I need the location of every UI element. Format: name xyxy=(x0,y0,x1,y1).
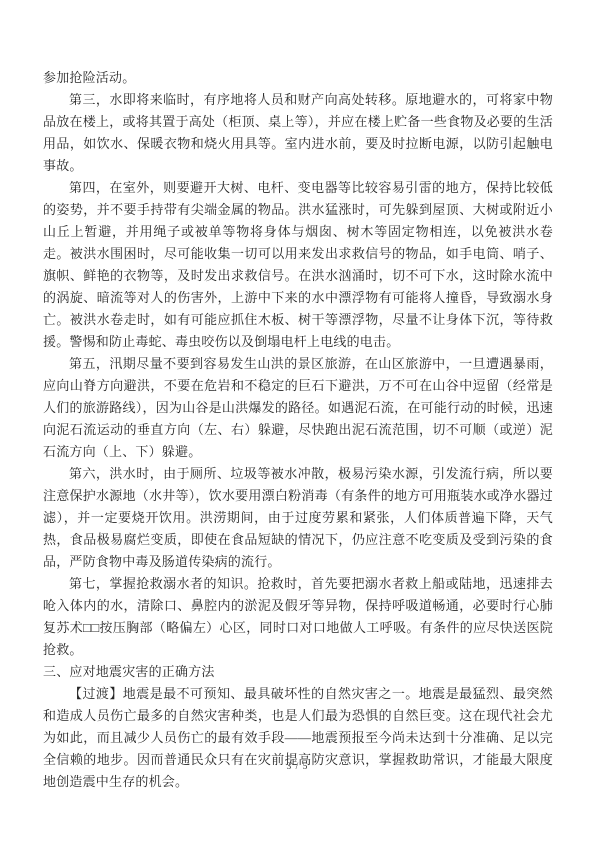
paragraph-point-six: 第六，洪水时，由于厕所、垃圾等被水冲散，极易污染水源，引发流行病，所以要注意保护… xyxy=(43,463,553,573)
paragraph-point-seven: 第七，掌握抢救溺水者的知识。抢救时，首先要把溺水者救上船或陆地，迅速排去呛入体内… xyxy=(43,573,553,661)
document-page: 参加抢险活动。 第三，水即将来临时，有序地将人员和财产向高处转移。原地避水的，可… xyxy=(0,0,595,841)
paragraph-point-four: 第四，在室外，则要避开大树、电杆、变电器等比较容易引雷的地方，保持比较低的姿势，… xyxy=(43,177,553,353)
document-body: 参加抢险活动。 第三，水即将来临时，有序地将人员和财产向高处转移。原地避水的，可… xyxy=(43,67,553,793)
paragraph-continuation: 参加抢险活动。 xyxy=(43,67,553,89)
section-heading: 三、应对地震灾害的正确方法 xyxy=(43,661,553,683)
paragraph-point-five: 第五，汛期尽量不要到容易发生山洪的景区旅游，在山区旅游中，一旦遭遇暴雨，应向山脊… xyxy=(43,353,553,463)
paragraph-point-three: 第三，水即将来临时，有序地将人员和财产向高处转移。原地避水的，可将家中物品放在楼… xyxy=(43,89,553,177)
paragraph-transition: 【过渡】地震是最不可预知、最具破坏性的自然灾害之一。地震是最猛烈、最突然和造成人… xyxy=(43,683,553,793)
page-number: 3 / 5 xyxy=(0,760,595,774)
